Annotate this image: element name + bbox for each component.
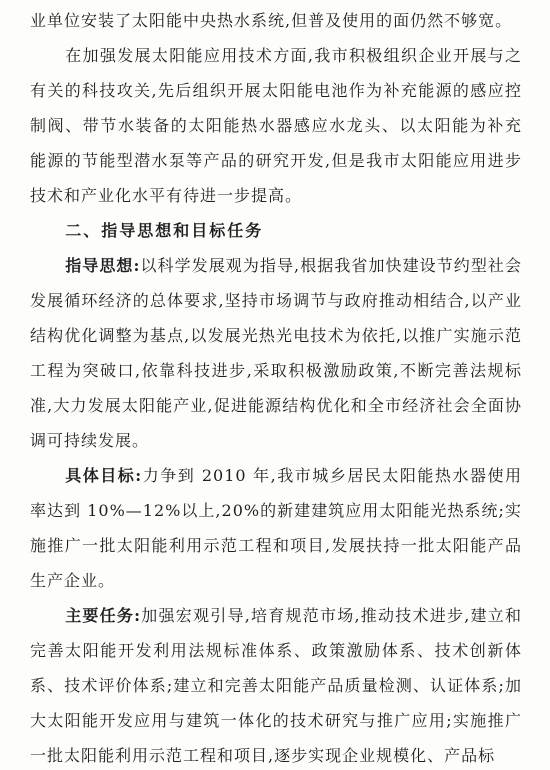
paragraph-lead: 指导思想:	[65, 256, 140, 275]
paragraph-lead: 主要任务:	[65, 606, 141, 625]
paragraph-text: 加强宏观引导,培育规范市场,推动技术进步,建立和完善太阳能开发利用法规标准体系、…	[30, 606, 522, 765]
paragraph: 指导思想:以科学发展观为指导,根据我省加快建设节约型社会发展循环经济的总体要求,…	[30, 248, 522, 458]
paragraph-text: 以科学发展观为指导,根据我省加快建设节约型社会发展循环经济的总体要求,坚持市场调…	[30, 256, 522, 450]
paragraph-text: 二、指导思想和目标任务	[65, 221, 263, 240]
document-body: 业单位安装了太阳能中央热水系统,但普及使用的面仍然不够宽。在加强发展太阳能应用技…	[30, 3, 522, 770]
paragraph: 在加强发展太阳能应用技术方面,我市积极组织企业开展与之有关的科技攻关,先后组织开…	[30, 38, 522, 213]
paragraph: 主要任务:加强宏观引导,培育规范市场,推动技术进步,建立和完善太阳能开发利用法规…	[30, 598, 522, 770]
paragraph-lead: 具体目标:	[65, 466, 142, 485]
paragraph: 具体目标:力争到 2010 年,我市城乡居民太阳能热水器使用率达到 10%—12…	[30, 458, 522, 598]
section-heading: 二、指导思想和目标任务	[30, 213, 522, 248]
document-page: 业单位安装了太阳能中央热水系统,但普及使用的面仍然不够宽。在加强发展太阳能应用技…	[0, 0, 550, 770]
paragraph: 业单位安装了太阳能中央热水系统,但普及使用的面仍然不够宽。	[30, 3, 522, 38]
paragraph-text: 业单位安装了太阳能中央热水系统,但普及使用的面仍然不够宽。	[30, 11, 512, 30]
paragraph-text: 在加强发展太阳能应用技术方面,我市积极组织企业开展与之有关的科技攻关,先后组织开…	[30, 46, 522, 205]
